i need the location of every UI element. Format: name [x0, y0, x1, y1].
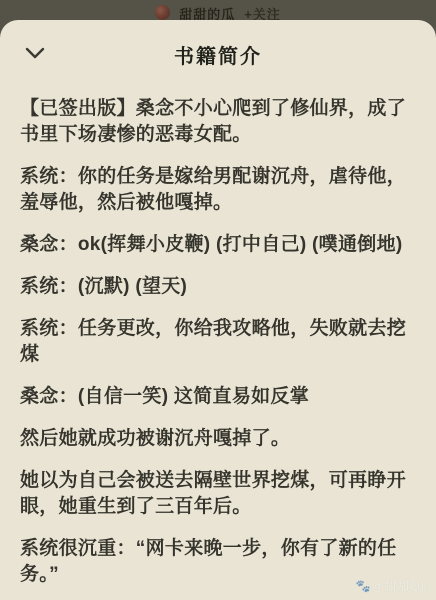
- user-avatar[interactable]: [155, 5, 170, 20]
- page-header: 甜甜的瓜 +关注: [0, 0, 436, 22]
- intro-paragraph: 【已签出版】桑念不小心爬到了修仙界，成了书里下场凄惨的恶毒女配。: [20, 96, 416, 148]
- intro-paragraph: 桑念：(自信一笑) 这简直易如反掌: [20, 384, 416, 410]
- intro-paragraph: 系统：(沉默) (望天): [20, 274, 416, 300]
- book-intro-sheet: 书籍简介 【已签出版】桑念不小心爬到了修仙界，成了书里下场凄惨的恶毒女配。系统：…: [0, 20, 436, 600]
- sheet-title: 书籍简介: [0, 46, 436, 68]
- chevron-down-icon[interactable]: [24, 44, 46, 62]
- intro-paragraph: 系统：任务更改，你给我攻略他，失败就去挖煤: [20, 316, 416, 368]
- sheet-header: 书籍简介: [0, 20, 436, 68]
- intro-paragraph: 系统很沉重：“网卡来晚一步，你有了新的任务。”: [20, 536, 416, 588]
- intro-paragraphs: 【已签出版】桑念不小心爬到了修仙界，成了书里下场凄惨的恶毒女配。系统：你的任务是…: [0, 68, 436, 588]
- intro-paragraph: 然后她就成功被谢沉舟嘎掉了。: [20, 426, 416, 452]
- intro-paragraph: 她以为自己会被送去隔壁世界挖煤，可再睁开眼，她重生到了三百年后。: [20, 468, 416, 520]
- intro-paragraph: 系统：你的任务是嫁给男配谢沉舟，虐待他，羞辱他，然后被他嘎掉。: [20, 164, 416, 216]
- intro-paragraph: 桑念：ok(挥舞小皮鞭) (打中自己) (噗通倒地): [20, 232, 416, 258]
